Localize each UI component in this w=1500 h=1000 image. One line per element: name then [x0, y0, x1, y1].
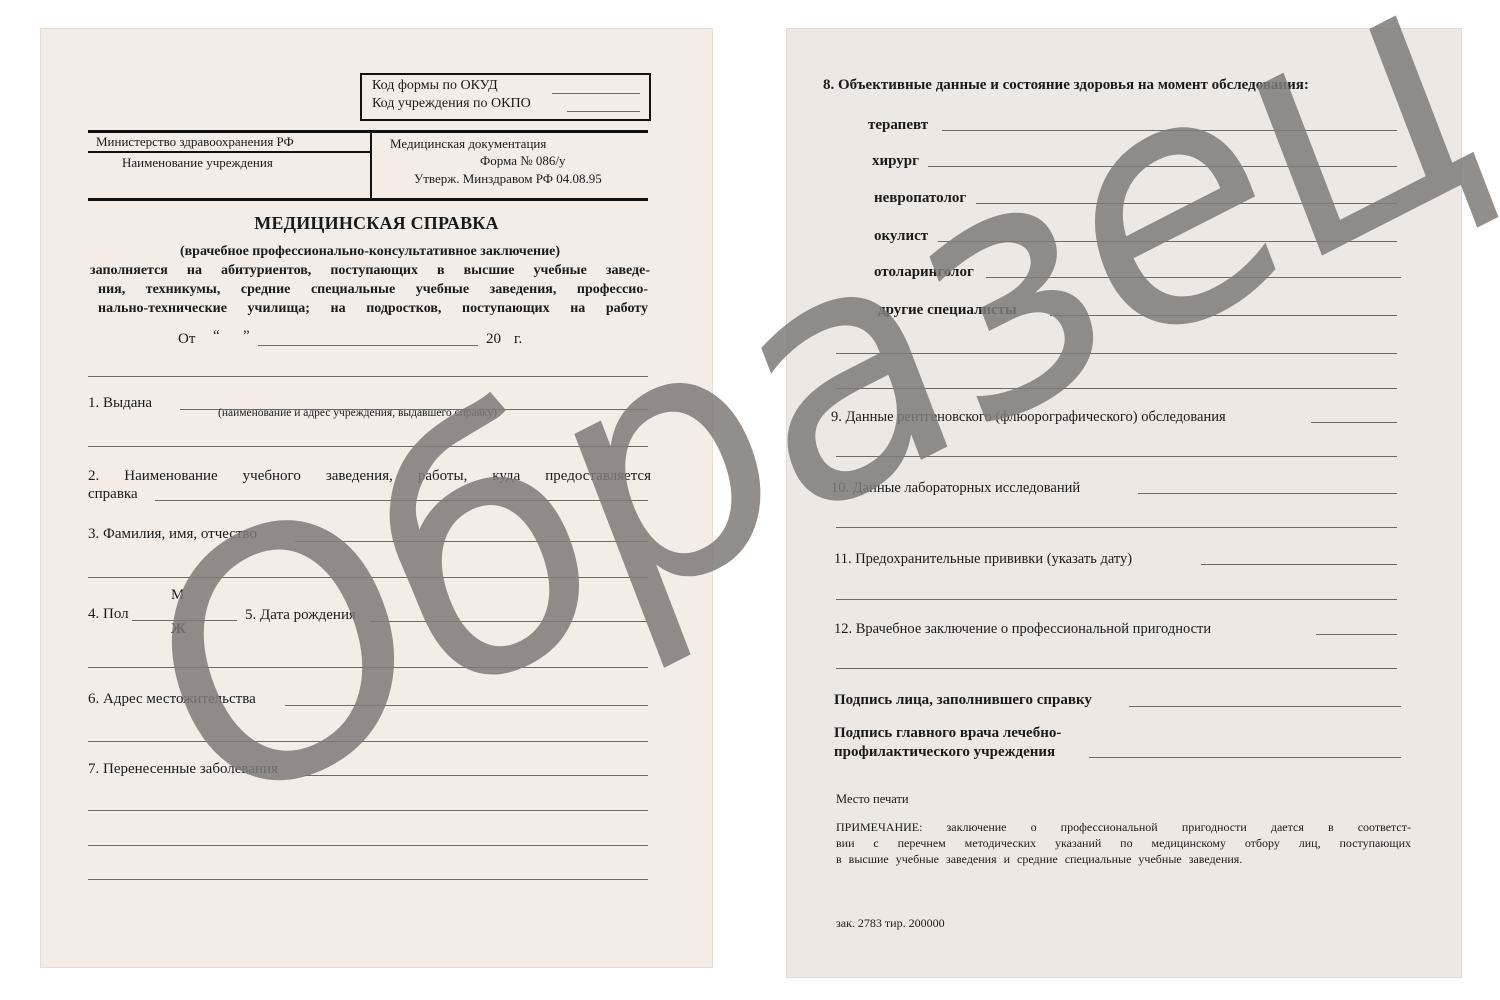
field-birth-date-label: 5. Дата рождения: [245, 607, 356, 624]
blank-line[interactable]: [836, 599, 1397, 600]
okpo-field[interactable]: [567, 111, 640, 112]
sex-option-f[interactable]: Ж: [171, 621, 186, 638]
header-top-rule: [88, 130, 648, 133]
date-year: 20: [486, 331, 501, 348]
print-info: зак. 2783 тир. 200000: [836, 916, 945, 931]
blank-line[interactable]: [836, 527, 1397, 528]
stamp-place: Место печати: [836, 792, 909, 807]
signature-filler-label: Подпись лица, заполнившего справку: [834, 692, 1092, 709]
field-birth-date-input[interactable]: [370, 621, 648, 622]
section-8-title: 8. Объективные данные и состояние здоров…: [823, 77, 1309, 94]
field-full-name-input[interactable]: [295, 541, 648, 542]
note-line: в высшие учебные заведения и средние спе…: [836, 851, 1411, 867]
blank-line[interactable]: [836, 353, 1397, 354]
approval-label: Утверж. Минздравом РФ 04.08.95: [414, 171, 602, 187]
field-past-diseases-input[interactable]: [305, 775, 648, 776]
sex-option-m[interactable]: М: [171, 587, 184, 604]
blank-line[interactable]: [88, 577, 648, 578]
field-sex-label: 4. Пол: [88, 606, 129, 623]
blank-line[interactable]: [88, 667, 648, 668]
field-institution-label-2: справка: [88, 486, 138, 503]
date-quote-open: “: [213, 328, 220, 345]
specialist-input[interactable]: [938, 241, 1397, 242]
form-number: Форма № 086/у: [480, 153, 566, 169]
okud-field[interactable]: [552, 93, 640, 94]
blank-line[interactable]: [88, 741, 648, 742]
date-from-label: От: [178, 331, 195, 348]
specialist-input[interactable]: [942, 130, 1397, 131]
specialist-input[interactable]: [986, 277, 1401, 278]
section-10-label: 10. Данные лабораторных исследований: [831, 480, 1080, 497]
blank-line[interactable]: [88, 376, 648, 377]
blank-line[interactable]: [836, 456, 1397, 457]
date-quote-close: ”: [243, 328, 250, 345]
header-divider: [370, 131, 372, 199]
section-12-label: 12. Врачебное заключение о профессиональ…: [834, 621, 1211, 638]
blank-line[interactable]: [88, 879, 648, 880]
specialist-input[interactable]: [928, 166, 1397, 167]
document-title: МЕДИЦИНСКАЯ СПРАВКА: [40, 213, 713, 234]
blank-line[interactable]: [836, 668, 1397, 669]
signature-chief-input[interactable]: [1089, 757, 1401, 758]
form-page-front: Код формы по ОКУД Код учреждения по ОКПО…: [40, 28, 713, 968]
specialist-label: терапевт: [868, 117, 928, 134]
okud-label: Код формы по ОКУД: [372, 78, 498, 94]
field-institution-input[interactable]: [155, 500, 648, 501]
description-line: нально-технические училища; на подростко…: [98, 301, 648, 317]
field-address-label: 6. Адрес местожительства: [88, 691, 256, 708]
signature-chief-label-2: профилактического учреждения: [834, 744, 1055, 761]
institution-name-label: Наименование учреждения: [122, 155, 273, 171]
section-11-label: 11. Предохранительные прививки (указать …: [834, 551, 1132, 568]
field-institution-label: 2. Наименование учебного заведения, рабо…: [88, 468, 651, 485]
specialist-input[interactable]: [1050, 315, 1397, 316]
specialist-input[interactable]: [976, 203, 1397, 204]
specialist-label: окулист: [874, 228, 928, 245]
section-12-input[interactable]: [1316, 634, 1397, 635]
field-address-input[interactable]: [285, 705, 648, 706]
date-field[interactable]: [258, 345, 478, 346]
field-past-diseases-label: 7. Перенесенные заболевания: [88, 761, 278, 778]
blank-line[interactable]: [836, 388, 1397, 389]
signature-chief-label: Подпись главного врача лечебно-: [834, 725, 1061, 742]
ministry-label: Министерство здравоохранения РФ: [96, 134, 294, 150]
form-page-back: 8. Объективные данные и состояние здоров…: [786, 28, 1462, 978]
signature-filler-input[interactable]: [1129, 706, 1401, 707]
specialist-label: хирург: [872, 153, 919, 170]
note-line: ПРИМЕЧАНИЕ: заключение о профессионально…: [836, 819, 1411, 835]
specialist-label: невропатолог: [874, 190, 966, 207]
header-bottom-rule: [88, 198, 648, 201]
field-issued-hint: (наименование и адрес учреждения, выдавш…: [218, 407, 497, 419]
blank-line[interactable]: [88, 810, 648, 811]
date-year-suffix: г.: [514, 331, 522, 348]
section-9-input[interactable]: [1311, 422, 1397, 423]
field-full-name-label: 3. Фамилия, имя, отчество: [88, 526, 257, 543]
section-10-input[interactable]: [1138, 493, 1397, 494]
med-docs-label: Медицинская документация: [390, 136, 546, 152]
blank-line[interactable]: [88, 845, 648, 846]
section-9-label: 9. Данные рентгеновского (флюорографичес…: [831, 409, 1226, 426]
description-line: (врачебное профессионально-консультативн…: [100, 244, 640, 260]
okpo-label: Код учреждения по ОКПО: [372, 96, 531, 112]
section-11-input[interactable]: [1201, 564, 1397, 565]
description-line: заполняется на абитуриентов, поступающих…: [90, 263, 650, 279]
description-line: ния, техникумы, средние специальные учеб…: [98, 282, 648, 298]
specialist-label: отоларинголог: [874, 264, 974, 281]
note-line: вии с перечнем методических указаний по …: [836, 835, 1411, 851]
field-issued-label: 1. Выдана: [88, 395, 152, 412]
codes-box: Код формы по ОКУД Код учреждения по ОКПО: [360, 73, 651, 121]
blank-line[interactable]: [88, 446, 648, 447]
ministry-rule: [88, 151, 370, 153]
specialist-label: другие специалисты: [878, 302, 1017, 319]
